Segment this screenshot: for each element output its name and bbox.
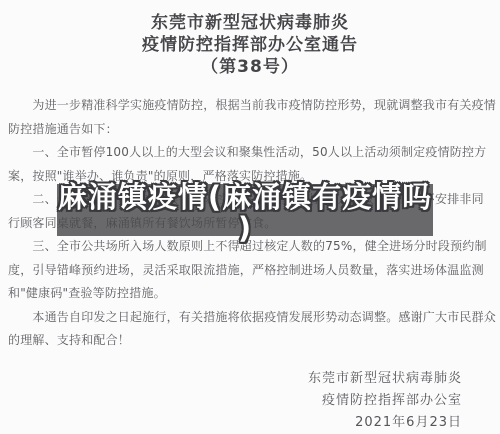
paragraph-closing: 本通告自印发之日起施行，有关措施将依据疫情发展形势动态调整。感谢广大市民群众 的… bbox=[8, 306, 492, 353]
notice-header: 东莞市新型冠状病毒肺炎 疫情防控指挥部办公室通告 （第38号） bbox=[0, 12, 500, 78]
paragraph-item-3: 三、全市公共场所入场人数原则上不得超过核定人数的75%，健全进场分时段预约制 度… bbox=[8, 235, 492, 306]
notice-title-line2: 疫情防控指挥部办公室通告 bbox=[0, 34, 500, 56]
notice-title-line1: 东莞市新型冠状病毒肺炎 bbox=[0, 12, 500, 34]
headline-title-line2: ) bbox=[37, 213, 453, 244]
notice-number: （第38号） bbox=[0, 56, 500, 78]
notice-signature: 东莞市新型冠状病毒肺炎 疫情防控指挥部办公室 2021年6月23日 bbox=[308, 368, 462, 434]
signature-date: 2021年6月23日 bbox=[308, 412, 462, 434]
headline-title-line1: 麻涌镇疫情(麻涌镇有疫情吗 bbox=[37, 182, 453, 213]
signature-org-line2: 疫情防控指挥部办公室 bbox=[308, 390, 462, 412]
paragraph-intro: 为进一步精准科学实施疫情防控，根据当前我市疫情防控形势，现就调整我市有关疫情 防… bbox=[8, 94, 492, 141]
notice-page: 东莞市新型冠状病毒肺炎 疫情防控指挥部办公室通告 （第38号） 为进一步精准科学… bbox=[0, 0, 500, 434]
signature-org-line1: 东莞市新型冠状病毒肺炎 bbox=[308, 368, 462, 390]
headline-title: 麻涌镇疫情(麻涌镇有疫情吗 ) bbox=[37, 182, 453, 244]
headline-overlay-band: 麻涌镇疫情(麻涌镇有疫情吗 ) bbox=[57, 184, 433, 236]
